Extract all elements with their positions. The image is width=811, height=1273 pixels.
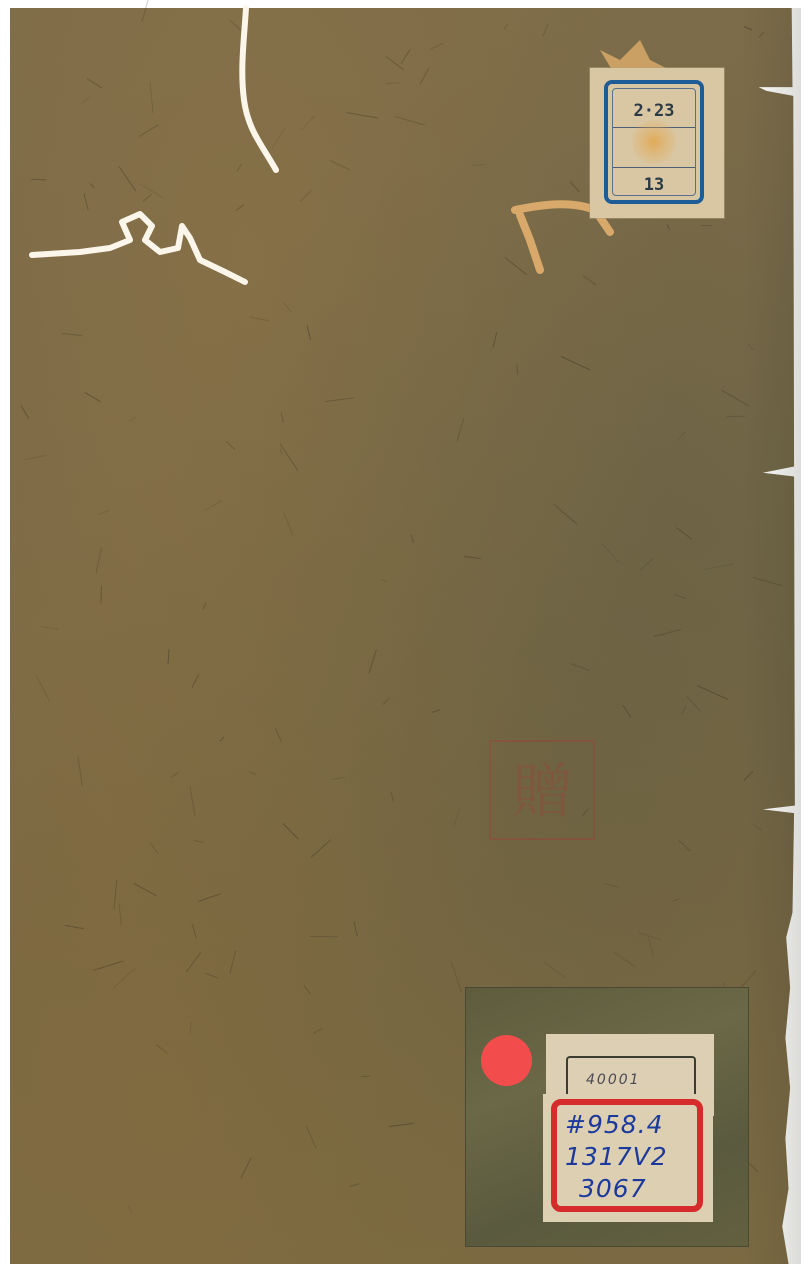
seal-glyph: 贈 — [491, 752, 593, 832]
ownership-seal-stamp: 贈 — [489, 740, 595, 840]
scan-page: 2·23 13 贈 40001 #958.4 1317V2 3067 — [0, 0, 811, 1273]
seal-mark-icon — [632, 120, 676, 164]
classification-number: 2·23 — [613, 101, 695, 121]
red-dot-sticker-icon — [481, 1035, 532, 1086]
paper-fiber — [31, 179, 46, 180]
spine-shadow — [741, 8, 801, 1264]
paper-fiber — [701, 225, 712, 226]
volume-number: 13 — [613, 175, 695, 195]
call-number-slip: #958.4 1317V2 3067 — [543, 1094, 713, 1222]
library-label-top: 2·23 13 — [590, 68, 724, 218]
paper-fiber — [310, 936, 338, 937]
paper-fiber — [100, 586, 101, 604]
call-number-line-2: 1317V2 — [565, 1142, 668, 1172]
label-frame: 2·23 13 — [604, 80, 704, 204]
call-number-line-3: 3067 — [579, 1174, 647, 1204]
call-number-line-1: #958.4 — [565, 1110, 664, 1140]
back-slip-text: 40001 — [586, 1072, 641, 1088]
